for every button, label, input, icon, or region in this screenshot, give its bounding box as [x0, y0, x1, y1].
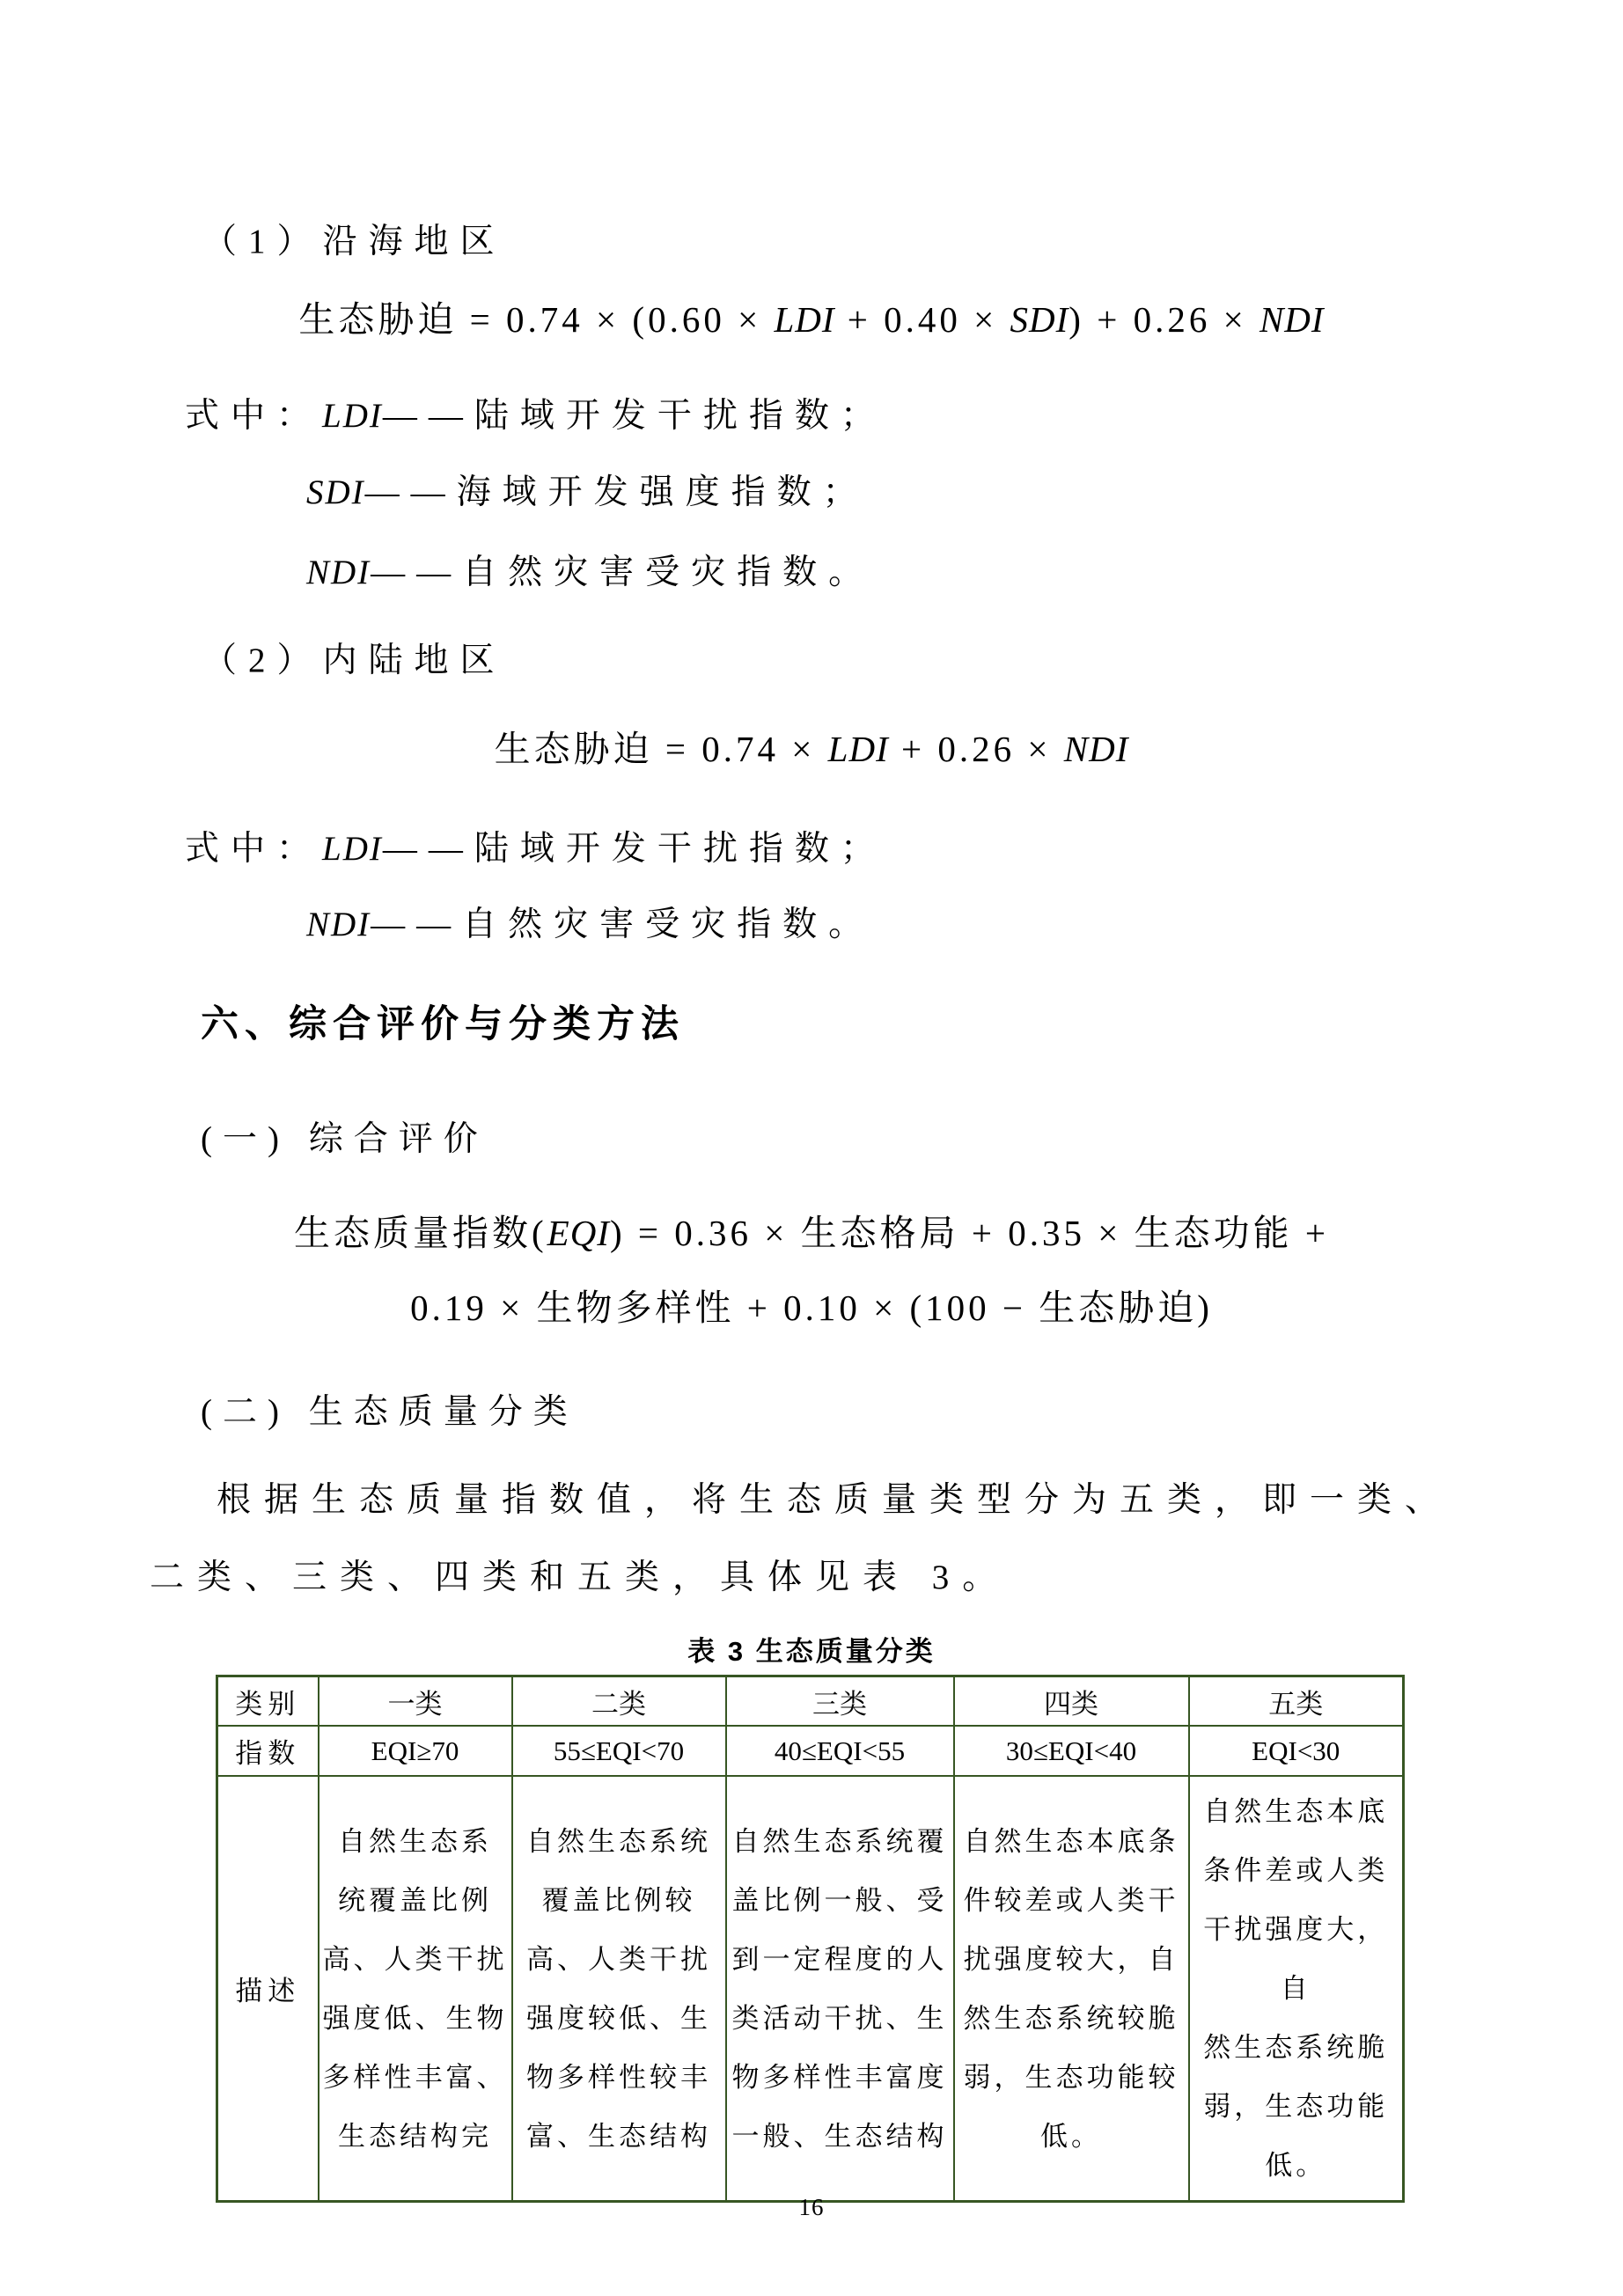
table-row-index: 指数 EQI≥70 55≤EQI<70 40≤EQI<55 30≤EQI<40 … — [217, 1726, 1404, 1776]
list-item-inland: （2）内陆地区 — [202, 633, 506, 682]
index-cell-3: 40≤EQI<55 — [726, 1726, 954, 1776]
row-label-index: 指数 — [217, 1726, 319, 1776]
formula-eqi-part1: 生态质量指数( — [294, 1213, 547, 1253]
variable-ndi: NDI — [306, 554, 371, 591]
definition-line: NDI——自然灾害受灾指数。 — [185, 545, 874, 594]
description-cell-1: 自然生态系 统覆盖比例 高、人类干扰 强度低、生物 多样性丰富、 生态结构完 — [319, 1776, 512, 2202]
formula-coastal: 生态胁迫 = 0.74 × (0.60 × LDI + 0.40 × SDI) … — [0, 290, 1623, 342]
formula-eqi-line1: 生态质量指数(EQI) = 0.36 × 生态格局 + 0.35 × 生态功能 … — [0, 1204, 1623, 1256]
index-cell-2: 55≤EQI<70 — [512, 1726, 726, 1776]
subsection-heading-1: (一) 综合评价 — [201, 1111, 488, 1161]
formula-coastal-part3: ) + 0.26 × — [1069, 299, 1259, 340]
definition-line: 式中：LDI——陆域开发干扰指数； — [185, 388, 886, 437]
variable-ldi: LDI — [774, 299, 834, 340]
category-cell-1: 一类 — [319, 1676, 512, 1727]
category-cell-3: 三类 — [726, 1676, 954, 1727]
variable-ndi: NDI — [1259, 299, 1325, 340]
row-label-description: 描述 — [217, 1776, 319, 2202]
index-cell-1: EQI≥70 — [319, 1726, 512, 1776]
formula-inland: 生态胁迫 = 0.74 × LDI + 0.26 × NDI — [0, 720, 1623, 772]
category-cell-2: 二类 — [512, 1676, 726, 1727]
table-caption: 表 3 生态质量分类 — [0, 1629, 1623, 1669]
formula-inland-part1: 生态胁迫 = 0.74 × — [495, 729, 828, 769]
row-label-category: 类别 — [217, 1676, 319, 1727]
variable-ndi: NDI — [306, 906, 371, 943]
description-cell-4: 自然生态本底条 件较差或人类干 扰强度较大，自 然生态系统较脆 弱，生态功能较 … — [954, 1776, 1189, 2202]
variable-sdi: SDI — [306, 473, 365, 511]
variable-ldi: LDI — [322, 397, 383, 435]
definition-lead: 式中： — [185, 397, 322, 435]
subsection-heading-2: (二) 生态质量分类 — [201, 1384, 578, 1434]
variable-sdi: SDI — [1010, 299, 1069, 340]
definition-desc: ——海域开发强度指数； — [365, 473, 869, 511]
definition-desc: ——自然灾害受灾指数。 — [371, 906, 874, 943]
index-cell-5: EQI<30 — [1189, 1726, 1404, 1776]
table-row-description: 描述 自然生态系 统覆盖比例 高、人类干扰 强度低、生物 多样性丰富、 生态结构… — [217, 1776, 1404, 2202]
formula-inland-part2: + 0.26 × — [889, 729, 1064, 769]
section-heading: 六、综合评价与分类方法 — [201, 994, 685, 1048]
index-cell-4: 30≤EQI<40 — [954, 1726, 1189, 1776]
variable-ldi: LDI — [828, 729, 889, 769]
paragraph-line-2: 二类、三类、四类和五类，具体见表 3。 — [150, 1550, 1010, 1599]
variable-ndi: NDI — [1064, 729, 1129, 769]
document-page: （1）沿海地区 生态胁迫 = 0.74 × (0.60 × LDI + 0.40… — [0, 0, 1623, 2296]
eco-quality-classification-table: 类别 一类 二类 三类 四类 五类 指数 EQI≥70 55≤EQI<70 40… — [216, 1675, 1405, 2203]
definition-desc: ——陆域开发干扰指数； — [383, 830, 886, 868]
list-item-coastal: （1）沿海地区 — [202, 214, 506, 263]
description-cell-2: 自然生态系统 覆盖比例较 高、人类干扰 强度较低、生 物多样性较丰 富、生态结构 — [512, 1776, 726, 2202]
category-cell-4: 四类 — [954, 1676, 1189, 1727]
definition-line: SDI——海域开发强度指数； — [185, 465, 869, 514]
variable-eqi: EQI — [547, 1213, 610, 1253]
description-cell-5: 自然生态本底 条件差或人类 干扰强度大，自 然生态系统脆 弱，生态功能 低。 — [1189, 1776, 1404, 2202]
page-number: 16 — [0, 2194, 1623, 2221]
definition-desc: ——陆域开发干扰指数； — [383, 397, 886, 435]
formula-coastal-part1: 生态胁迫 = 0.74 × (0.60 × — [298, 299, 774, 340]
definition-line: 式中：LDI——陆域开发干扰指数； — [185, 821, 886, 870]
definition-line: NDI——自然灾害受灾指数。 — [185, 897, 874, 946]
formula-eqi-line2: 0.19 × 生物多样性 + 0.10 × (100 − 生态胁迫) — [0, 1279, 1623, 1331]
paragraph-line-1: 根据生态质量指数值，将生态质量类型分为五类，即一类、 — [217, 1472, 1452, 1522]
description-cell-3: 自然生态系统覆 盖比例一般、受 到一定程度的人 类活动干扰、生 物多样性丰富度 … — [726, 1776, 954, 2202]
table-row-category: 类别 一类 二类 三类 四类 五类 — [217, 1676, 1404, 1727]
formula-coastal-part2: + 0.40 × — [835, 299, 1010, 340]
category-cell-5: 五类 — [1189, 1676, 1404, 1727]
formula-eqi-part2: ) = 0.36 × 生态格局 + 0.35 × 生态功能 + — [610, 1213, 1329, 1253]
definition-lead: 式中： — [185, 830, 322, 868]
definition-desc: ——自然灾害受灾指数。 — [371, 554, 874, 591]
variable-ldi: LDI — [322, 830, 383, 868]
